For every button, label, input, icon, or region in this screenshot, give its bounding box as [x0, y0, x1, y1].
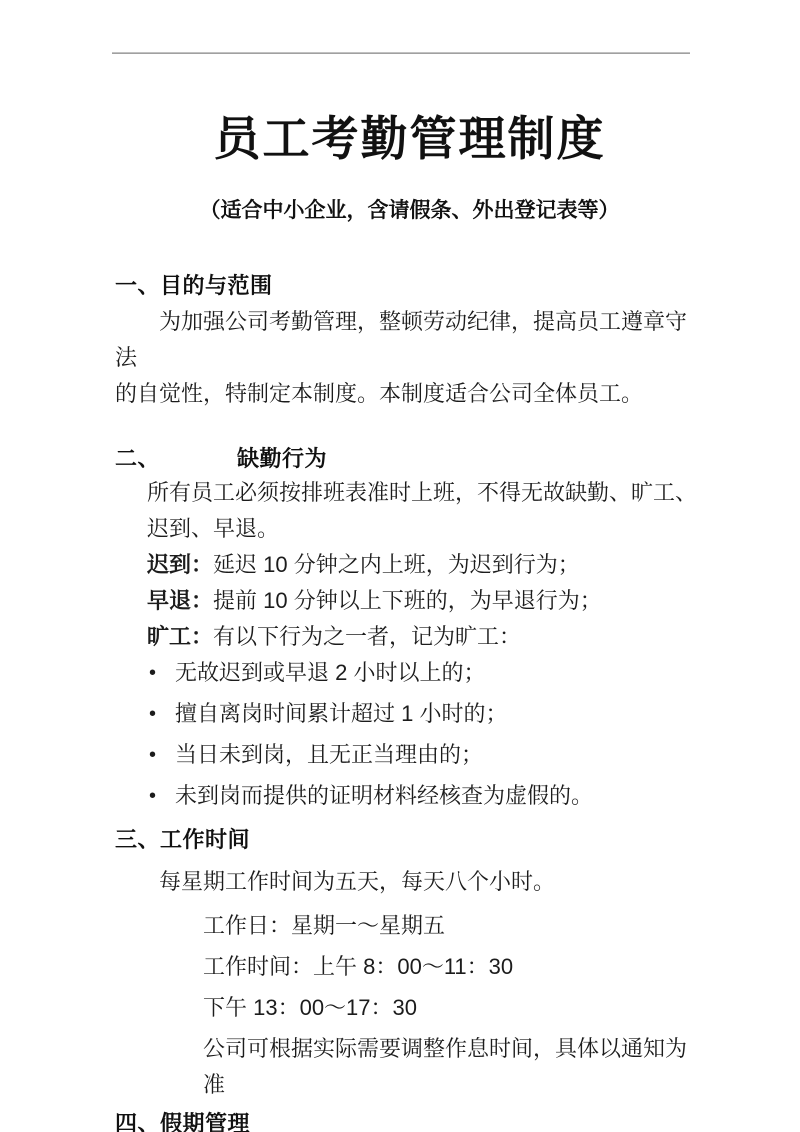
section-heading-purpose: 一、目的与范围: [115, 270, 704, 302]
bullet-icon: •: [149, 778, 156, 814]
section-title: 工作时间: [160, 827, 250, 852]
definition-term: 早退：: [147, 588, 213, 613]
section-number: 四、: [115, 1111, 160, 1132]
detail-afternoon-hours: 下午 13：00～17：30: [203, 990, 704, 1026]
bullet-icon: •: [149, 655, 156, 691]
definition-term: 旷工：: [147, 624, 213, 649]
definition-term: 迟到：: [147, 552, 213, 577]
working-hours-details: 工作日：星期一～星期五 工作时间：上午 8：00～11：30 下午 13：00～…: [203, 908, 704, 1103]
definition-text: 提前 10 分钟以上下班的，为早退行为；: [213, 588, 602, 613]
absence-body: 所有员工必须按排班表准时上班，不得无故缺勤、旷工、 迟到、早退。 迟到：延迟 1…: [147, 475, 704, 814]
top-divider-line: [112, 52, 690, 54]
working-hours-intro: 每星期工作时间为五天，每天八个小时。: [115, 864, 704, 900]
definition-text: 有以下行为之一者，记为旷工：: [213, 624, 521, 649]
section-heading-leave: 四、假期管理: [115, 1108, 704, 1132]
section-number: 二、: [115, 443, 237, 475]
list-item: •擅自离岗时间累计超过 1 小时的；: [147, 696, 704, 732]
section-title: 缺勤行为: [237, 446, 327, 471]
section-heading-working-hours: 三、工作时间: [115, 824, 704, 856]
section-absence: 二、缺勤行为 所有员工必须按排班表准时上班，不得无故缺勤、旷工、 迟到、早退。 …: [115, 443, 704, 814]
list-item: •无故迟到或早退 2 小时以上的；: [147, 655, 704, 691]
bullet-icon: •: [149, 737, 156, 773]
document-page: 员工考勤管理制度 （适合中小企业，含请假条、外出登记表等） 一、目的与范围 为加…: [0, 0, 800, 1132]
section-leave: 四、假期管理: [115, 1108, 704, 1132]
definition-late: 迟到：延迟 10 分钟之内上班，为迟到行为；: [147, 547, 704, 583]
section-working-hours: 三、工作时间 每星期工作时间为五天，每天八个小时。 工作日：星期一～星期五 工作…: [115, 824, 704, 1103]
definition-text: 延迟 10 分钟之内上班，为迟到行为；: [213, 552, 580, 577]
list-item-text: 当日未到岗，且无正当理由的；: [175, 742, 483, 767]
list-item-text: 擅自离岗时间累计超过 1 小时的；: [175, 701, 507, 726]
doc-title: 员工考勤管理制度: [115, 0, 704, 170]
section-number: 三、: [115, 827, 160, 852]
section-title: 假期管理: [160, 1111, 250, 1132]
list-item-text: 未到岗而提供的证明材料经核查为虚假的。: [175, 783, 593, 808]
doc-subtitle: （适合中小企业，含请假条、外出登记表等）: [115, 196, 704, 226]
bullet-icon: •: [149, 696, 156, 732]
section-purpose: 一、目的与范围 为加强公司考勤管理，整顿劳动纪律，提高员工遵章守法 的自觉性，特…: [115, 270, 704, 412]
section-heading-absence: 二、缺勤行为: [115, 443, 704, 475]
absence-bullet-list: •无故迟到或早退 2 小时以上的； •擅自离岗时间累计超过 1 小时的； •当日…: [147, 655, 704, 814]
detail-workdays: 工作日：星期一～星期五: [203, 908, 704, 944]
list-item-text: 无故迟到或早退 2 小时以上的；: [175, 660, 485, 685]
absence-intro: 所有员工必须按排班表准时上班，不得无故缺勤、旷工、 迟到、早退。: [147, 475, 704, 547]
section-number: 一、: [115, 273, 160, 298]
definition-early-leave: 早退：提前 10 分钟以上下班的，为早退行为；: [147, 583, 704, 619]
definition-absenteeism: 旷工：有以下行为之一者，记为旷工：: [147, 619, 704, 655]
section-title: 目的与范围: [160, 273, 273, 298]
purpose-paragraph: 为加强公司考勤管理，整顿劳动纪律，提高员工遵章守法 的自觉性，特制定本制度。本制…: [115, 304, 704, 412]
list-item: •当日未到岗，且无正当理由的；: [147, 737, 704, 773]
detail-adjustment-note: 公司可根据实际需要调整作息时间，具体以通知为准: [203, 1031, 704, 1103]
detail-morning-hours: 工作时间：上午 8：00～11：30: [203, 949, 704, 985]
list-item: •未到岗而提供的证明材料经核查为虚假的。: [147, 778, 704, 814]
